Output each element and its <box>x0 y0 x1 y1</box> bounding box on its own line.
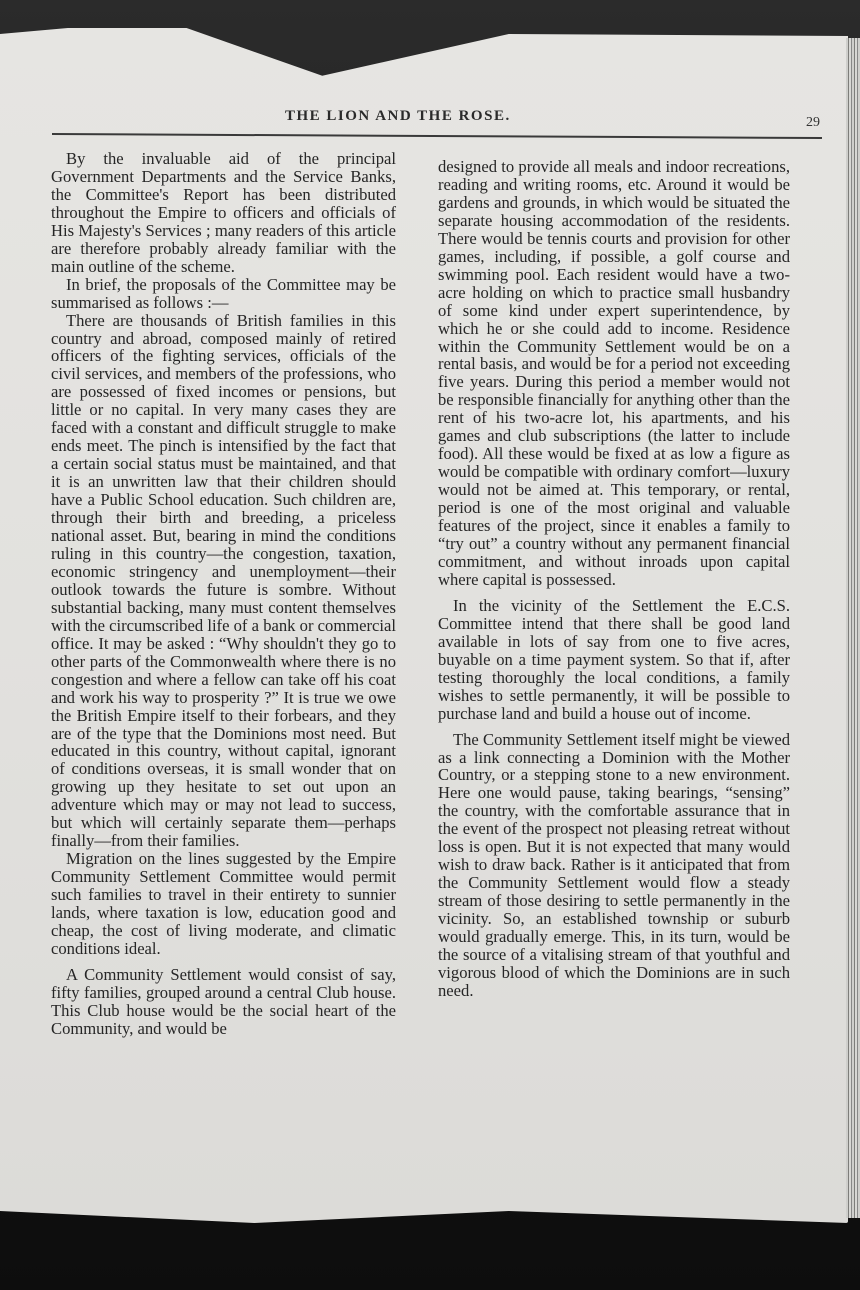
paragraph: By the invaluable aid of the principal G… <box>51 150 396 276</box>
running-head: THE LION AND THE ROSE. 29 <box>52 106 792 134</box>
paragraph: Migration on the lines suggested by the … <box>51 850 396 958</box>
paragraph: The Community Settlement itself might be… <box>438 731 790 1000</box>
photo-background: THE LION AND THE ROSE. 29 By the invalua… <box>0 0 860 1290</box>
paragraph: In brief, the proposals of the Committee… <box>51 276 396 312</box>
paragraph: In the vicinity of the Settlement the E.… <box>438 597 790 723</box>
page-number: 29 <box>806 115 820 131</box>
running-title: THE LION AND THE ROSE. <box>285 108 511 125</box>
right-column: designed to provide all meals and indoor… <box>438 158 790 1000</box>
paragraph: There are thousands of British families … <box>51 312 396 851</box>
paragraph: designed to provide all meals and indoor… <box>438 158 790 589</box>
paragraph: A Community Settlement would consist of … <box>51 966 396 1038</box>
page-edge-stack <box>846 38 860 1218</box>
left-column: By the invaluable aid of the principal G… <box>51 150 396 1038</box>
